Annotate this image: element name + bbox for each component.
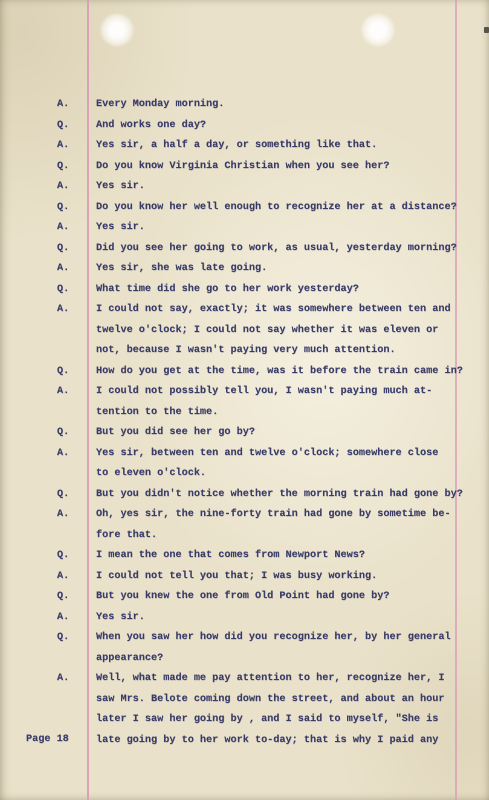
transcript-line: A.Oh, yes sir, the nine-forty train had …: [0, 505, 489, 526]
speaker-label: [57, 690, 96, 711]
transcript-line: Q.How do you get at the time, was it bef…: [0, 362, 489, 383]
transcript-line-text: When you saw her how did you recognize h…: [96, 628, 489, 649]
transcript-line-text: How do you get at the time, was it befor…: [96, 362, 489, 383]
speaker-label: A.: [57, 382, 96, 403]
transcript-line-text: What time did she go to her work yesterd…: [96, 280, 489, 301]
transcript-line: not, because I wasn't paying very much a…: [0, 341, 489, 362]
transcript-line-text: appearance?: [96, 649, 489, 670]
transcript-line: Q.I mean the one that comes from Newport…: [0, 546, 489, 567]
transcript-body: A.Every Monday morning.Q.And works one d…: [0, 95, 489, 751]
transcript-line: A.I could not possibly tell you, I wasn'…: [0, 382, 489, 403]
transcript-line: to eleven o'clock.: [0, 464, 489, 485]
transcript-line-text: I could not tell you that; I was busy wo…: [96, 567, 489, 588]
speaker-label: [57, 321, 96, 342]
speaker-label: Q.: [57, 198, 96, 219]
transcript-line: A.I could not tell you that; I was busy …: [0, 567, 489, 588]
transcript-line: saw Mrs. Belote coming down the street, …: [0, 690, 489, 711]
speaker-label: A.: [57, 608, 96, 629]
transcript-line: A.I could not say, exactly; it was somew…: [0, 300, 489, 321]
transcript-line-text: late going by to her work to-day; that i…: [96, 731, 489, 752]
speaker-label: A.: [57, 669, 96, 690]
speaker-label: Q.: [57, 116, 96, 137]
speaker-label: A.: [57, 567, 96, 588]
speaker-label: Q.: [57, 239, 96, 260]
transcript-line-text: Every Monday morning.: [96, 95, 489, 116]
speaker-label: A.: [57, 136, 96, 157]
transcript-line: A.Yes sir.: [0, 608, 489, 629]
transcript-line-text: Do you know her well enough to recognize…: [96, 198, 489, 219]
transcript-line-text: But you did see her go by?: [96, 423, 489, 444]
transcript-line-text: I mean the one that comes from Newport N…: [96, 546, 489, 567]
transcript-line: Q.Do you know her well enough to recogni…: [0, 198, 489, 219]
transcript-line-text: Yes sir, a half a day, or something like…: [96, 136, 489, 157]
transcript-line-text: I could not possibly tell you, I wasn't …: [96, 382, 489, 403]
transcript-line-text: Yes sir.: [96, 608, 489, 629]
transcript-line-text: Yes sir.: [96, 177, 489, 198]
speaker-label: [57, 526, 96, 547]
punch-hole-icon: [360, 13, 396, 47]
transcript-line: Q.Do you know Virginia Christian when yo…: [0, 157, 489, 178]
transcript-line: appearance?: [0, 649, 489, 670]
transcript-line: Q.Did you see her going to work, as usua…: [0, 239, 489, 260]
transcript-line: Q.But you didn't notice whether the morn…: [0, 485, 489, 506]
speaker-label: Q.: [57, 362, 96, 383]
speaker-label: Q.: [57, 587, 96, 608]
speaker-label: Q.: [57, 485, 96, 506]
transcript-line-text: saw Mrs. Belote coming down the street, …: [96, 690, 489, 711]
transcript-line-text: tention to the time.: [96, 403, 489, 424]
page-number-label: Page 18: [26, 730, 69, 751]
speaker-label: [57, 710, 96, 731]
transcript-line-text: Oh, yes sir, the nine-forty train had go…: [96, 505, 489, 526]
speaker-label: A.: [57, 259, 96, 280]
speaker-label: [57, 649, 96, 670]
transcript-line: Q.When you saw her how did you recognize…: [0, 628, 489, 649]
transcript-line: fore that.: [0, 526, 489, 547]
scanned-transcript-page: A.Every Monday morning.Q.And works one d…: [0, 0, 489, 800]
transcript-line: late going by to her work to-day; that i…: [0, 731, 489, 752]
transcript-line: Q.What time did she go to her work yeste…: [0, 280, 489, 301]
transcript-line: A.Yes sir, between ten and twelve o'cloc…: [0, 444, 489, 465]
speaker-label: Q.: [57, 423, 96, 444]
transcript-line: twelve o'clock; I could not say whether …: [0, 321, 489, 342]
transcript-line: A.Yes sir.: [0, 218, 489, 239]
speaker-label: Q.: [57, 546, 96, 567]
transcript-line: Q.And works one day?: [0, 116, 489, 137]
speaker-label: A.: [57, 300, 96, 321]
transcript-line-text: fore that.: [96, 526, 489, 547]
transcript-line: Q.But you knew the one from Old Point ha…: [0, 587, 489, 608]
speaker-label: A.: [57, 444, 96, 465]
speaker-label: A.: [57, 95, 96, 116]
speaker-label: Q.: [57, 157, 96, 178]
transcript-line-text: Do you know Virginia Christian when you …: [96, 157, 489, 178]
transcript-line-text: later I saw her going by , and I said to…: [96, 710, 489, 731]
speaker-label: [57, 403, 96, 424]
transcript-line-text: I could not say, exactly; it was somewhe…: [96, 300, 489, 321]
transcript-line-text: Did you see her going to work, as usual,…: [96, 239, 489, 260]
transcript-line: Q.But you did see her go by?: [0, 423, 489, 444]
transcript-line-text: Yes sir.: [96, 218, 489, 239]
transcript-line-text: twelve o'clock; I could not say whether …: [96, 321, 489, 342]
transcript-line: A.Yes sir.: [0, 177, 489, 198]
transcript-line-text: not, because I wasn't paying very much a…: [96, 341, 489, 362]
transcript-line: A.Every Monday morning.: [0, 95, 489, 116]
transcript-line-text: Yes sir, she was late going.: [96, 259, 489, 280]
transcript-line: A.Yes sir, a half a day, or something li…: [0, 136, 489, 157]
transcript-line: A.Yes sir, she was late going.: [0, 259, 489, 280]
speaker-label: Q.: [57, 628, 96, 649]
speaker-label: A.: [57, 505, 96, 526]
transcript-line-text: Yes sir, between ten and twelve o'clock;…: [96, 444, 489, 465]
transcript-line-text: But you knew the one from Old Point had …: [96, 587, 489, 608]
transcript-line: tention to the time.: [0, 403, 489, 424]
speaker-label: Q.: [57, 280, 96, 301]
transcript-line-text: But you didn't notice whether the mornin…: [96, 485, 489, 506]
scan-artifact-speck: [484, 27, 489, 33]
speaker-label: A.: [57, 177, 96, 198]
speaker-label: A.: [57, 218, 96, 239]
speaker-label: [57, 341, 96, 362]
speaker-label: [57, 464, 96, 485]
punch-hole-icon: [99, 13, 135, 47]
transcript-line-text: to eleven o'clock.: [96, 464, 489, 485]
transcript-line-text: Well, what made me pay attention to her,…: [96, 669, 489, 690]
transcript-line: later I saw her going by , and I said to…: [0, 710, 489, 731]
transcript-line: A.Well, what made me pay attention to he…: [0, 669, 489, 690]
transcript-line-text: And works one day?: [96, 116, 489, 137]
